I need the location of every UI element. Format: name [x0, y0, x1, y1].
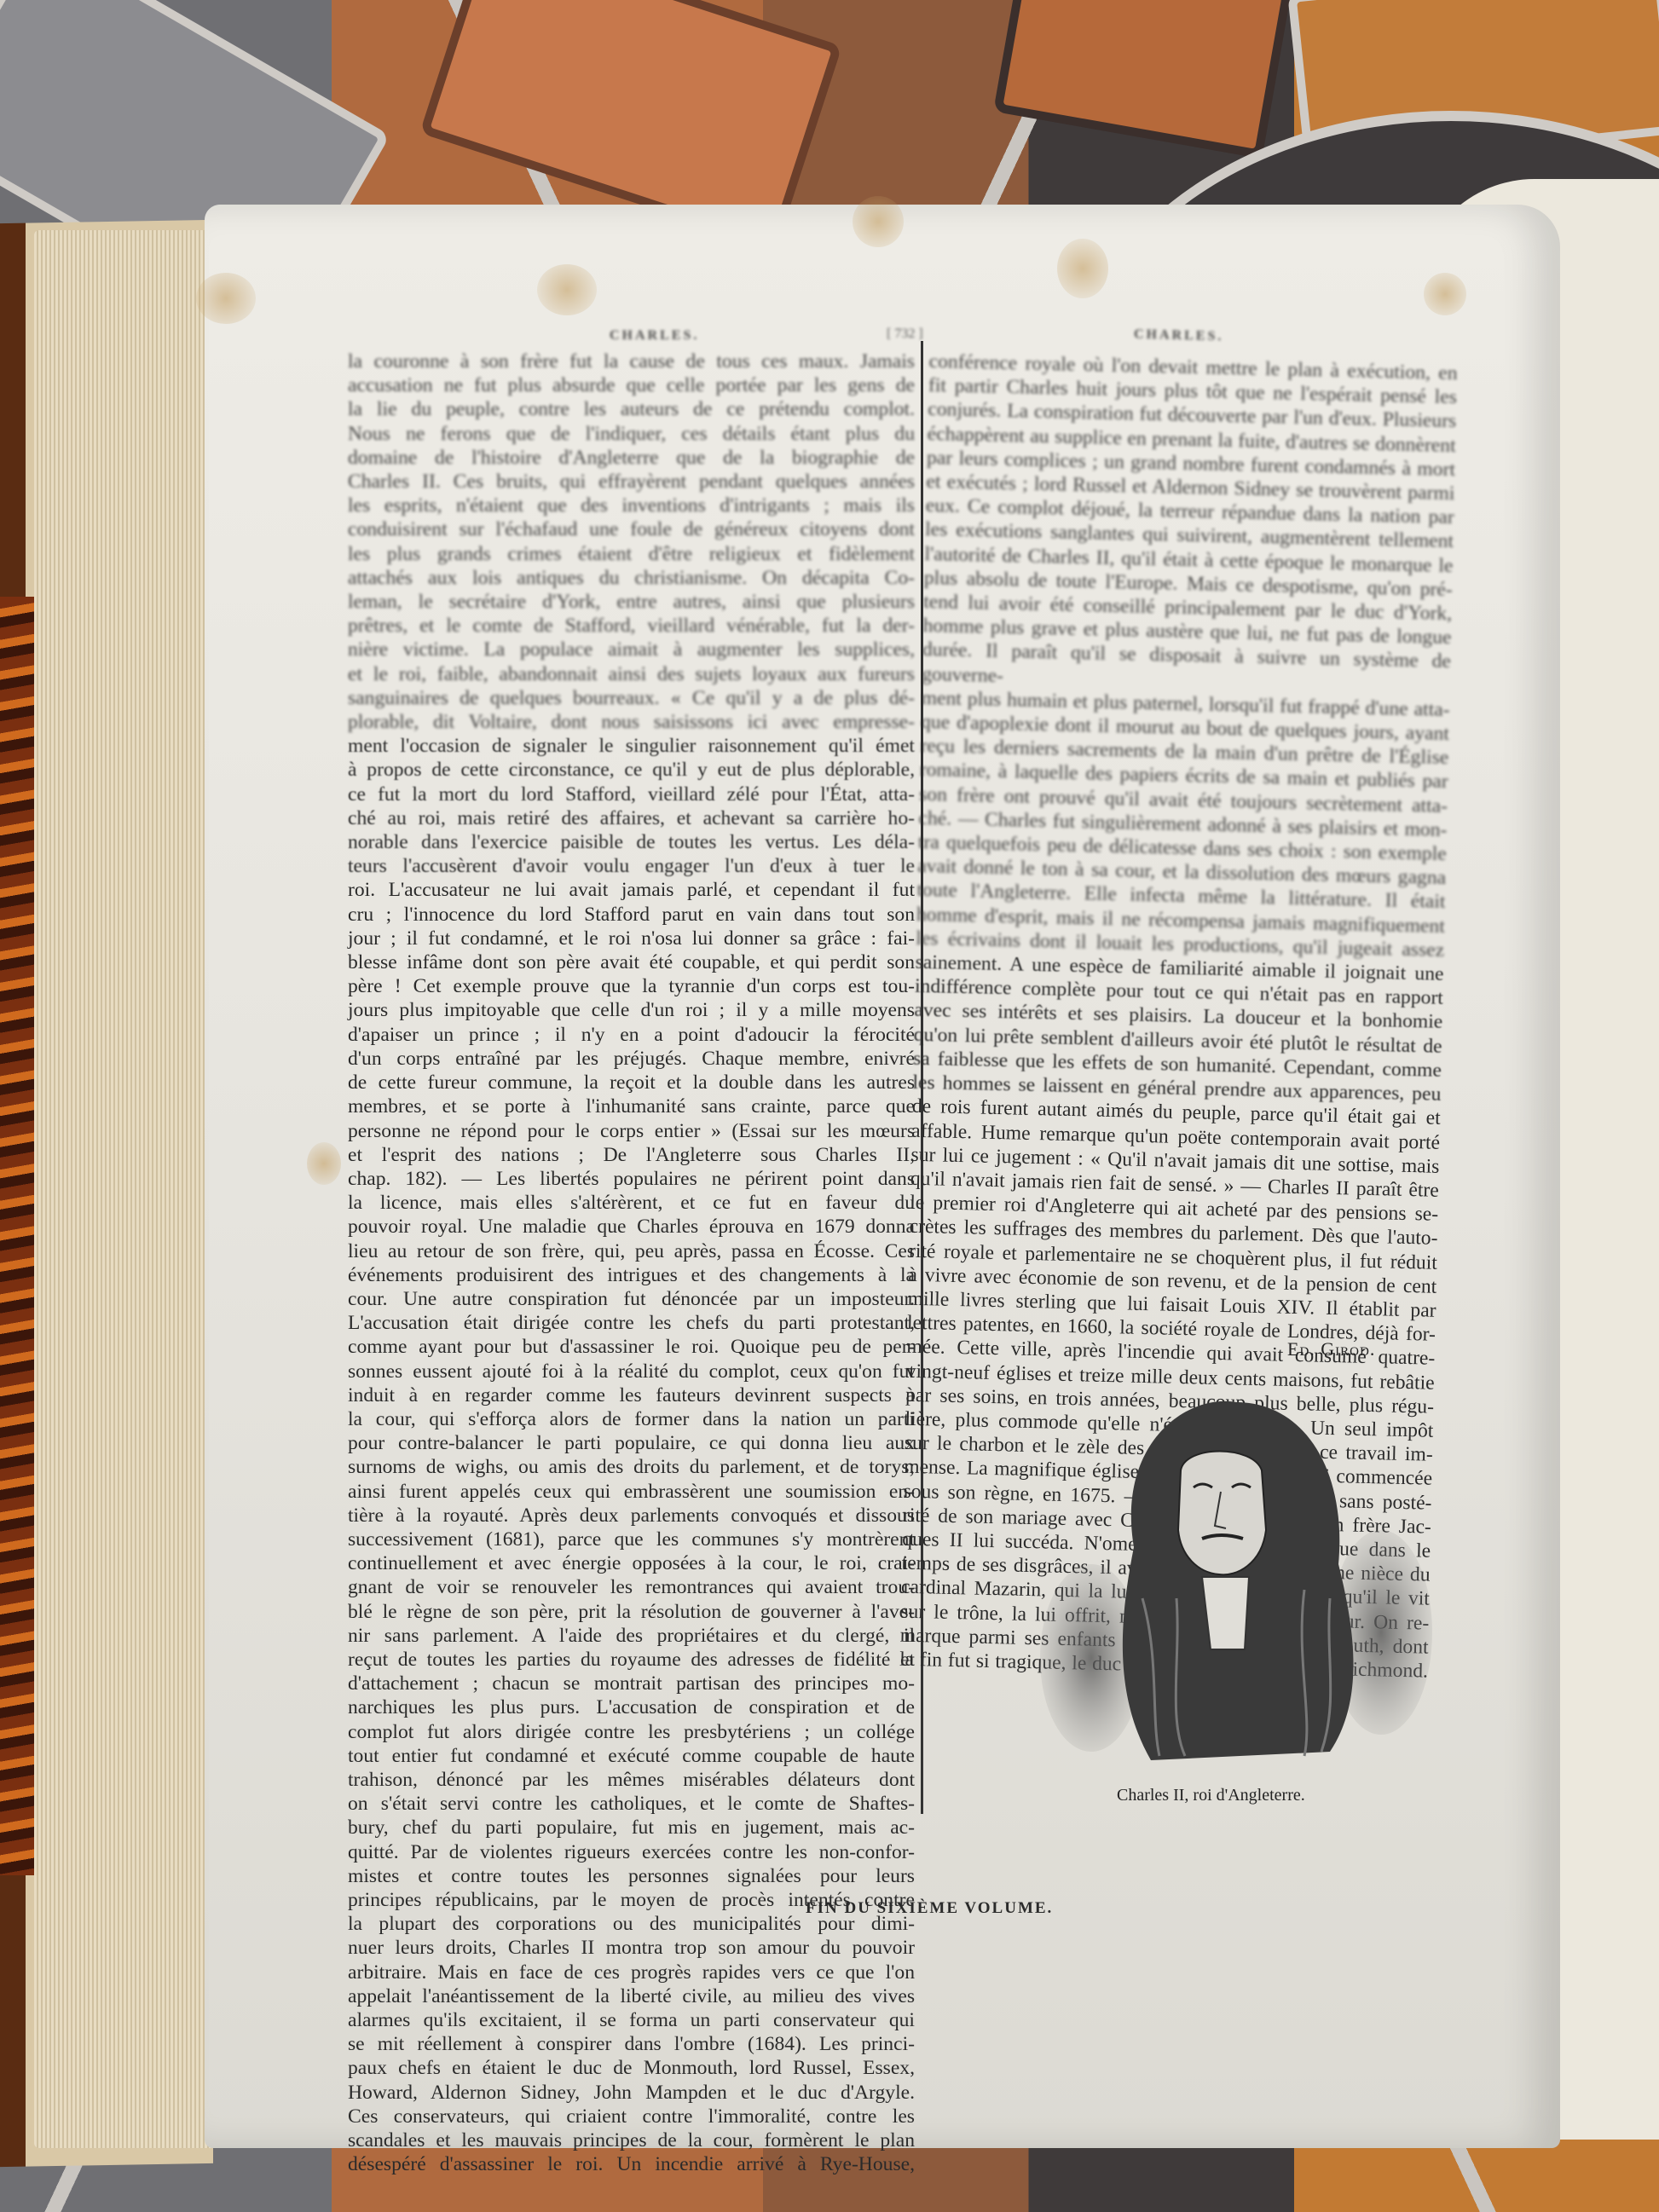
text-line: et l'esprit des nations ; De l'Angleterr…	[348, 1143, 915, 1167]
text-line: teurs l'accusèrent d'avoir voulu engager…	[348, 854, 915, 878]
text-line: jours plus impitoyable que celle d'un ro…	[348, 998, 915, 1022]
text-line: accusation ne fut plus absurde que celle…	[348, 373, 915, 397]
text-line: ce fut la mort du lord Stafford, vieilla…	[348, 783, 915, 806]
foxing-stain	[537, 264, 597, 315]
text-line: ainsi furent appelés ceux qui embrassère…	[348, 1480, 915, 1504]
text-line: Howard, Aldernon Sidney, John Mampden et…	[348, 2081, 915, 2105]
text-line: la lie du peuple, contre les auteurs de …	[348, 397, 915, 421]
text-line: mistes et contre toutes les personnes si…	[348, 1864, 915, 1888]
text-line: tière à la royauté. Après deux parlement…	[348, 1504, 915, 1528]
text-line: on s'était servi contre les catholiques,…	[348, 1792, 915, 1816]
cravat	[1202, 1577, 1249, 1649]
text-line: Ces conservateurs, qui criaient contre l…	[348, 2105, 915, 2128]
text-line: ment l'occasion de signaler le singulier…	[348, 734, 915, 758]
text-line: cour. Une autre conspiration fut dénoncé…	[348, 1287, 915, 1311]
text-line: désespéré d'assassiner le roi. Un incend…	[348, 2152, 915, 2176]
text-line: gnant de voir se renouveler les remontra…	[348, 1575, 915, 1599]
face	[1178, 1452, 1266, 1575]
foxing-stain	[853, 196, 904, 247]
text-line: L'accusation était dirigée contre les ch…	[348, 1311, 915, 1335]
text-line: nière victime. La populace aimait à augm…	[348, 638, 915, 661]
text-line: comme ayant pour but d'assassiner le roi…	[348, 1335, 915, 1359]
text-line: et le roi, faible, abandonnait ainsi des…	[348, 662, 915, 686]
text-line: quitté. Par de violentes rigueurs exercé…	[348, 1840, 915, 1864]
text-line: trahison, dénoncé par les mêmes misérabl…	[348, 1768, 915, 1792]
text-line: d'un corps entraîné par les préjugés. Ch…	[348, 1047, 915, 1071]
page-stack-edge	[34, 230, 230, 2148]
text-line: la cour, qui s'efforça alors de former d…	[348, 1407, 915, 1431]
text-line: appelait l'anéantissement de la liberté …	[348, 1984, 915, 2008]
text-line: nir sans parlement. A l'aide des proprié…	[348, 1624, 915, 1648]
text-line: blé le règne de son père, prit la résolu…	[348, 1600, 915, 1624]
text-line: d'attachement ; chacun se montrait parti…	[348, 1672, 915, 1695]
running-head-right: CHARLES.	[1134, 327, 1224, 345]
text-line: jour ; il fut condamné, et le roi n'osa …	[348, 927, 915, 950]
text-line: induit à en regarder comme les fauteurs …	[348, 1383, 915, 1407]
text-line: Charles II. Ces bruits, qui effrayèrent …	[348, 470, 915, 494]
running-head-left: CHARLES.	[610, 328, 699, 344]
text-line: narchiques les plus purs. L'accusation d…	[348, 1695, 915, 1719]
text-line: reçut de toutes les parties du royaume d…	[348, 1648, 915, 1672]
text-line: événements produisirent des intrigues et…	[348, 1263, 915, 1287]
text-line: prêtres, et le comte de Stafford, vieill…	[348, 614, 915, 638]
text-line: les esprits, n'étaient que des invention…	[348, 494, 915, 517]
text-line: blesse infâme dont son père avait été co…	[348, 950, 915, 974]
text-line: norable dans l'exercice paisible de tout…	[348, 830, 915, 854]
text-line: nuer leurs droits, Charles II montra tro…	[348, 1936, 915, 1960]
text-line: pour contre-balancer le parti populaire,…	[348, 1431, 915, 1455]
foxing-stain	[307, 1142, 341, 1185]
text-line: les plus grands crimes étaient d'être re…	[348, 542, 915, 566]
text-line: d'apaiser un prince ; il n'y en a point …	[348, 1023, 915, 1047]
text-line: scandales et les mauvais principes de la…	[348, 2128, 915, 2152]
text-line: complot fut alors dirigée contre les pre…	[348, 1720, 915, 1744]
text-line: pouvoir royal. Une maladie que Charles é…	[348, 1215, 915, 1239]
end-of-volume-note: FIN DU SIXIÈME VOLUME.	[806, 1899, 1053, 1918]
text-line: personne ne répond pour le corps entier …	[348, 1119, 915, 1143]
text-line: cru ; l'innocence du lord Stafford parut…	[348, 903, 915, 927]
text-line: roi. L'accusateur ne lui avait jamais pa…	[348, 878, 915, 902]
text-line: la couronne à son frère fut la cause de …	[348, 349, 915, 373]
text-line: conduisirent sur l'échafaud une foule de…	[348, 517, 915, 541]
text-line: arbitraire. Mais en face de ces progrès …	[348, 1961, 915, 1984]
text-line: se mit réellement à conspirer dans l'omb…	[348, 2032, 915, 2056]
author-signature: Ed. Girod.	[1287, 1338, 1375, 1360]
text-line: successivement (1681), parce que les com…	[348, 1528, 915, 1551]
text-line: de cette fureur commune, la reçoit et la…	[348, 1071, 915, 1094]
text-line: paux chefs en étaient le duc de Monmouth…	[348, 2056, 915, 2080]
text-line: leman, le secrétaire d'York, entre autre…	[348, 590, 915, 614]
text-line: attachés aux lois antiques du christiani…	[348, 566, 915, 590]
text-line: surnoms de wighs, ou amis des droits du …	[348, 1455, 915, 1479]
foxing-stain	[1424, 273, 1466, 315]
portrait-engraving	[1032, 1377, 1432, 1769]
text-line: père ! Cet exemple prouve que la tyranni…	[348, 974, 915, 998]
text-line: domaine de l'histoire d'Angleterre que d…	[348, 446, 915, 470]
foxing-stain	[196, 273, 256, 324]
text-line: sanguinaires de quelques bourreaux. « Ce…	[348, 686, 915, 710]
text-line: continuellement et avec énergie opposées…	[348, 1551, 915, 1575]
text-line: membres, et se porte à l'inhumanité sans…	[348, 1094, 915, 1118]
background-tile	[993, 0, 1292, 159]
page-number: [ 732 ]	[887, 326, 923, 342]
text-line: Nous ne ferons que de l'indiquer, ces dé…	[348, 422, 915, 446]
text-line: bury, chef du parti populaire, fut mis e…	[348, 1816, 915, 1839]
text-line: lieu au retour de son frère, qui, peu ap…	[348, 1239, 915, 1263]
text-line: à propos de cette circonstance, ce qu'il…	[348, 758, 915, 782]
text-line: alarmes qu'ils excitaient, il se forma u…	[348, 2008, 915, 2032]
illustration-caption: Charles II, roi d'Angleterre.	[1117, 1786, 1305, 1805]
text-line: tout entier fut condamné et exécuté comm…	[348, 1744, 915, 1768]
text-line: ché au roi, mais retiré des affaires, et…	[348, 806, 915, 830]
text-line: sonnes eussent ajouté foi à la réalité d…	[348, 1360, 915, 1383]
text-line: plorable, dit Voltaire, dont nous saisis…	[348, 710, 915, 734]
text-line: la licence, mais elles s'altérèrent, et …	[348, 1191, 915, 1215]
text-line: chap. 182). — Les libertés populaires ne…	[348, 1167, 915, 1191]
foxing-stain	[1057, 239, 1108, 298]
